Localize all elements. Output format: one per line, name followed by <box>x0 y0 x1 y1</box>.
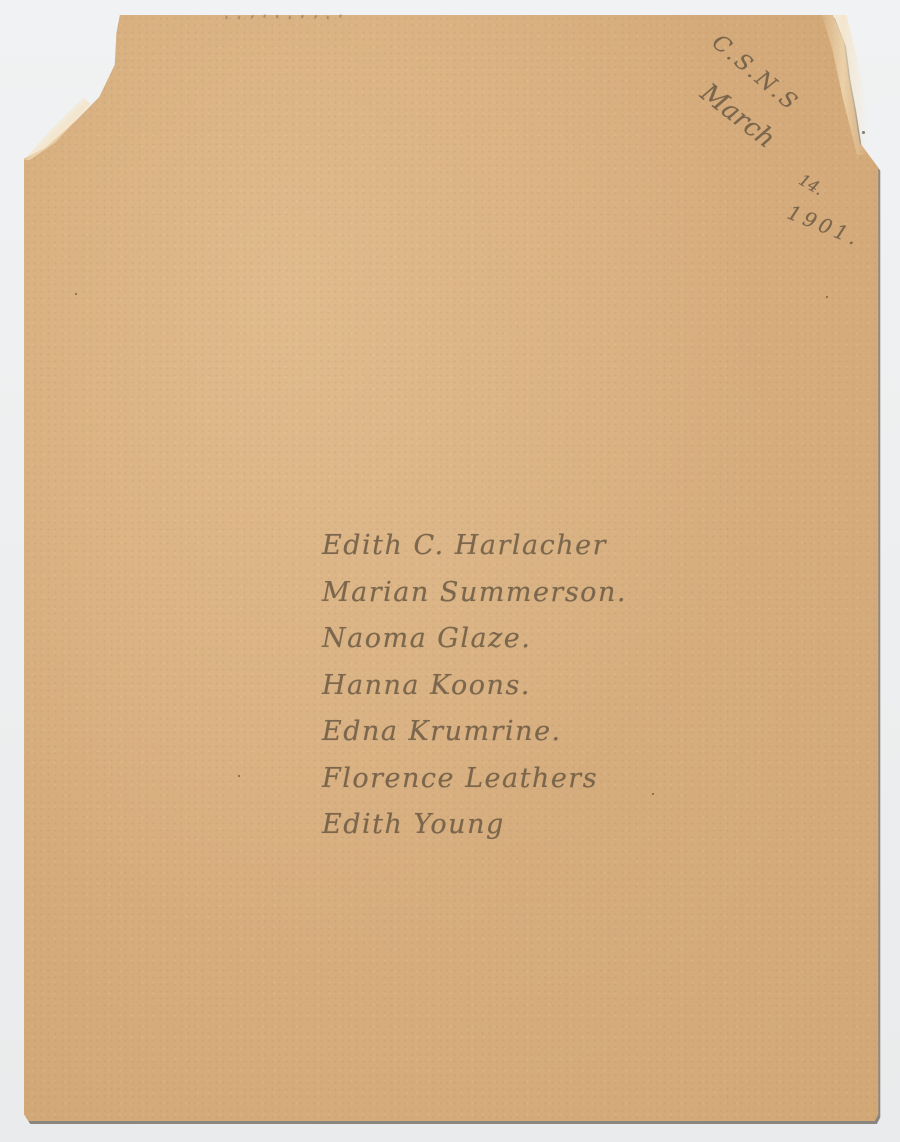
name-entry: Marian Summerson. <box>322 570 782 617</box>
name-entry: Edna Krumrine. <box>322 709 782 756</box>
paper-speck <box>826 296 828 298</box>
date-annotation: C.S.N.S March 14. 1901. <box>705 30 875 260</box>
paper-speck <box>862 131 865 134</box>
paper-speck <box>75 293 77 295</box>
paper-speck <box>238 775 240 777</box>
name-entry: Edith Young <box>322 802 782 849</box>
annotation-day: 14. <box>796 170 828 199</box>
scanned-document: ' ' ʼ ʹ ˈ ' ˈ ʼ ' ʹ C.S.N.S March 14. 19… <box>0 0 900 1142</box>
name-entry: Naoma Glaze. <box>322 616 782 663</box>
name-entry: Hanna Koons. <box>322 663 782 710</box>
annotation-year: 1901. <box>784 200 865 251</box>
name-entry: Florence Leathers <box>322 756 782 803</box>
paper-speck <box>652 793 654 795</box>
top-edge-bleed-marks: ' ' ʼ ʹ ˈ ' ˈ ʼ ' ʹ <box>225 14 345 27</box>
name-entry: Edith C. Harlacher <box>322 523 782 570</box>
handwritten-name-list: Edith C. Harlacher Marian Summerson. Nao… <box>322 523 782 849</box>
